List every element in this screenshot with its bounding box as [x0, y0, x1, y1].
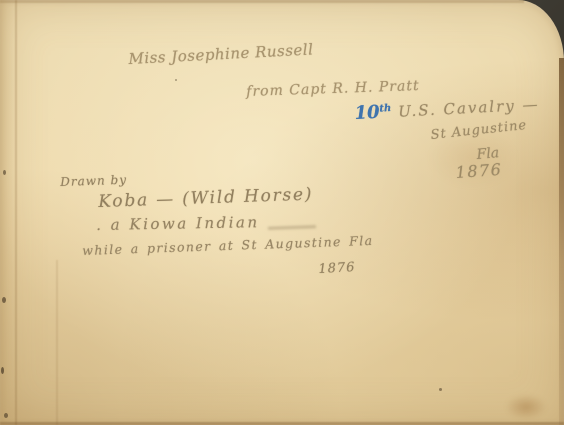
paper-right-edge	[559, 58, 564, 425]
paper-sheet	[0, 0, 564, 425]
inscription-drawn-by: Drawn by	[60, 173, 127, 189]
paper-speck	[175, 79, 177, 81]
paper-speck	[1, 367, 4, 374]
paper-speck	[3, 170, 6, 175]
paper-speck	[439, 388, 442, 391]
binding-crease	[15, 0, 17, 425]
paper-speck	[2, 297, 6, 303]
paper-crease	[56, 260, 58, 425]
paper-stain	[505, 394, 547, 420]
inscription-artist-description: . a Kiowa Indian	[96, 213, 260, 234]
unit-ordinal-blue-ink: th	[379, 103, 391, 115]
paper-speck	[4, 413, 8, 418]
album-page-scan: Miss Josephine Russell from Capt R. H. P…	[0, 0, 564, 425]
inscription-year-top: 1876	[455, 160, 503, 182]
inscription-year-bottom: 1876	[318, 260, 356, 277]
unit-number-blue-ink: 10	[354, 102, 380, 124]
paper-left-edge-shading	[0, 0, 14, 425]
paper-top-edge	[0, 0, 524, 3]
